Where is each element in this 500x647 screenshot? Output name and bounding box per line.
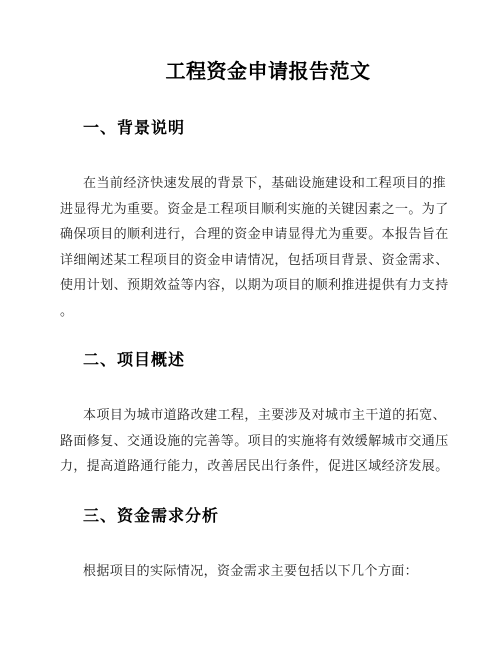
paragraph-project-overview: 本项目为城市道路改建工程，主要涉及对城市主干道的拓宽、路面修复、交通设施的完善等…: [60, 402, 446, 479]
text-line: 力，提高道路通行能力，改善居民出行条件，促进区域经济发展。: [60, 453, 446, 479]
text-line: 。: [60, 298, 446, 324]
section-heading-background: 一、背景说明: [60, 117, 446, 141]
paragraph-background: 在当前经济快速发展的背景下，基础设施建设和工程项目的推进显得尤为重要。资金是工程…: [60, 170, 446, 323]
section-background: 一、背景说明 在当前经济快速发展的背景下，基础设施建设和工程项目的推进显得尤为重…: [60, 117, 446, 323]
section-heading-project-overview: 二、项目概述: [60, 349, 446, 373]
text-line: 本项目为城市道路改建工程，主要涉及对城市主干道的拓宽、: [60, 402, 446, 428]
text-line: 路面修复、交通设施的完善等。项目的实施将有效缓解城市交通压: [60, 428, 446, 454]
paragraph-funding-needs: 根据项目的实际情况，资金需求主要包括以下几个方面：: [60, 558, 446, 584]
text-line: 使用计划、预期效益等内容，以期为项目的顺利推进提供有力支持: [60, 272, 446, 298]
document-title: 工程资金申请报告范文: [60, 59, 446, 85]
text-line: 进显得尤为重要。资金是工程项目顺利实施的关键因素之一。为了: [60, 196, 446, 222]
text-line: 详细阐述某工程项目的资金申请情况，包括项目背景、资金需求、: [60, 247, 446, 273]
section-heading-funding-needs: 三、资金需求分析: [60, 505, 446, 529]
document-page: 工程资金申请报告范文 一、背景说明 在当前经济快速发展的背景下，基础设施建设和工…: [0, 0, 500, 647]
text-line: 确保项目的顺利进行，合理的资金申请显得尤为重要。本报告旨在: [60, 221, 446, 247]
section-funding-needs: 三、资金需求分析 根据项目的实际情况，资金需求主要包括以下几个方面：: [60, 505, 446, 584]
section-project-overview: 二、项目概述 本项目为城市道路改建工程，主要涉及对城市主干道的拓宽、路面修复、交…: [60, 349, 446, 479]
text-line: 根据项目的实际情况，资金需求主要包括以下几个方面：: [60, 558, 446, 584]
text-line: 在当前经济快速发展的背景下，基础设施建设和工程项目的推: [60, 170, 446, 196]
